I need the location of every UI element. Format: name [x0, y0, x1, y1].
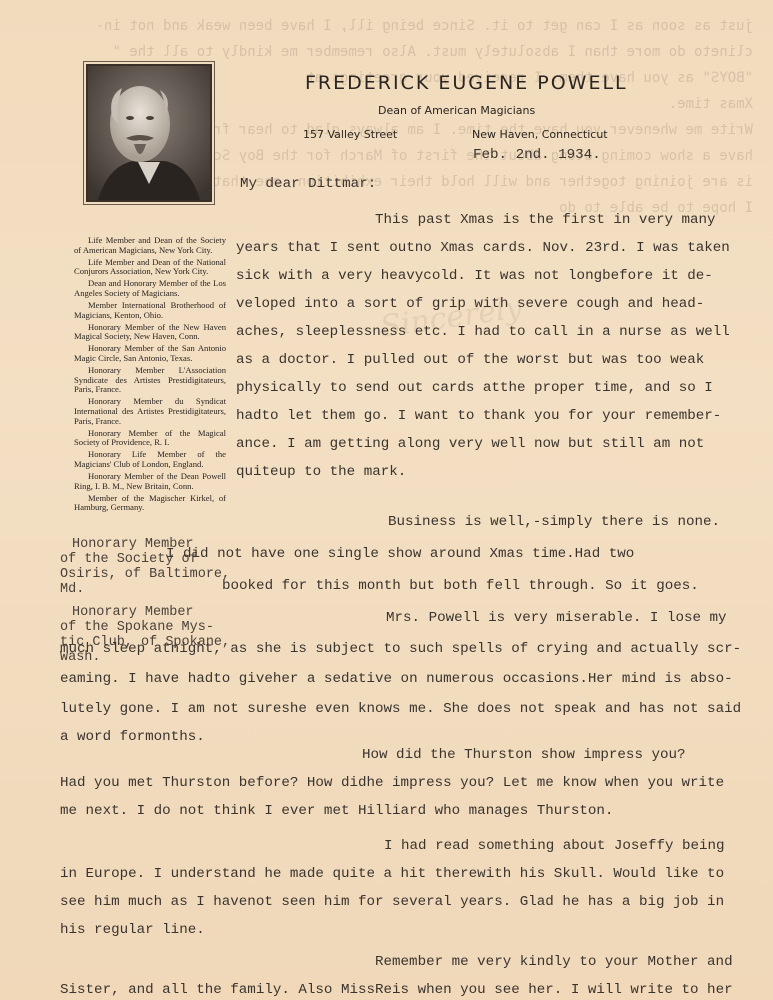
typed-membership-line: Md. [60, 583, 84, 596]
typed-membership-line: Honorary Member [72, 606, 194, 619]
letter-line: aches, sleeplessness etc. I had to call … [236, 324, 730, 340]
letter-line: Had you met Thurston before? How didhe i… [60, 775, 724, 791]
letter-line: years that I sent outno Xmas cards. Nov.… [236, 240, 730, 256]
letter-line: Sister, and all the family. Also MissRei… [60, 982, 733, 998]
letter-line: I did not have one single show around Xm… [166, 546, 634, 562]
letter-line: physically to send out cards atthe prope… [236, 380, 713, 396]
membership-item: Member of the Magischer Kirkel, of Hambu… [74, 494, 226, 513]
letter-line: veloped into a sort of grip with severe … [236, 296, 704, 312]
membership-item: Honorary Member du Syndicat Internationa… [74, 397, 226, 426]
letter-line: a word formonths. [60, 729, 205, 745]
membership-item: Honorary Member of the New Haven Magical… [74, 323, 226, 342]
membership-item: Honorary Life Member of the Magicians' C… [74, 450, 226, 469]
membership-item: Dean and Honorary Member of the Los Ange… [74, 279, 226, 298]
letter-line: This past Xmas is the first in very many [375, 212, 716, 228]
typed-membership-line: of the Spokane Mys- [60, 621, 214, 634]
membership-item: Honorary Member of the Dean Powell Ring,… [74, 472, 226, 491]
letter-line: see him much as I havenot seen him for s… [60, 894, 724, 910]
letter-date: Feb. 2nd. 1934. [473, 147, 601, 163]
letterhead-street: 157 Valley Street [303, 128, 397, 141]
letterhead-title: Dean of American Magicians [378, 104, 535, 117]
letter-line: I had read something about Joseffy being [384, 838, 725, 854]
letter-line: booked for this month but both fell thro… [222, 578, 699, 594]
letter-line: as a doctor. I pulled out of the worst b… [236, 352, 704, 368]
letter-line: Mrs. Powell is very miserable. I lose my [386, 610, 727, 626]
letterhead-name: FREDERICK EUGENE POWELL [305, 72, 628, 94]
letter-line: eaming. I have hadto giveher a sedative … [60, 671, 733, 687]
letter-line: How did the Thurston show impress you? [362, 747, 686, 763]
membership-item: Life Member and Dean of the Society of A… [74, 236, 226, 255]
letter-line: Business is well,-simply there is none. [388, 514, 720, 530]
membership-item: Honorary Member of the Magical Society o… [74, 429, 226, 448]
portrait-image-icon [88, 66, 210, 200]
letter-line: hadto let them go. I want to thank you f… [236, 408, 721, 424]
membership-item: Member International Brotherhood of Magi… [74, 301, 226, 320]
letter-line: ance. I am getting along very well now b… [236, 436, 704, 452]
letter-line: sick with a very heavycold. It was not l… [236, 268, 713, 284]
letter-page: just as soon as I can get to it. Since b… [0, 0, 773, 1000]
letter-salutation: My dear Dittmar: [240, 176, 376, 192]
letter-line: quiteup to the mark. [236, 464, 406, 480]
letter-line: me next. I do not think I ever met Hilli… [60, 803, 613, 819]
portrait-photo [86, 64, 212, 202]
letter-line: his regular line. [60, 922, 205, 938]
membership-item: Honorary Member L'Association Syndicate … [74, 366, 226, 395]
bleed-through-line: clineto do more than I absolutely must. … [0, 44, 753, 60]
memberships-list: Life Member and Dean of the Society of A… [74, 236, 226, 515]
membership-item: Life Member and Dean of the National Con… [74, 258, 226, 277]
letter-line: much sleep atnight, as she is subject to… [60, 641, 741, 657]
bleed-through-line: just as soon as I can get to it. Since b… [0, 18, 753, 34]
letter-line: lutely gone. I am not sureshe even knows… [60, 701, 741, 717]
membership-item: Honorary Member of the San Antonio Magic… [74, 344, 226, 363]
letter-line: Remember me very kindly to your Mother a… [375, 954, 733, 970]
letter-line: in Europe. I understand he made quite a … [60, 866, 724, 882]
typed-membership-line: Osiris, of Baltimore, [60, 568, 230, 581]
letterhead-city: New Haven, Connecticut [472, 128, 608, 141]
